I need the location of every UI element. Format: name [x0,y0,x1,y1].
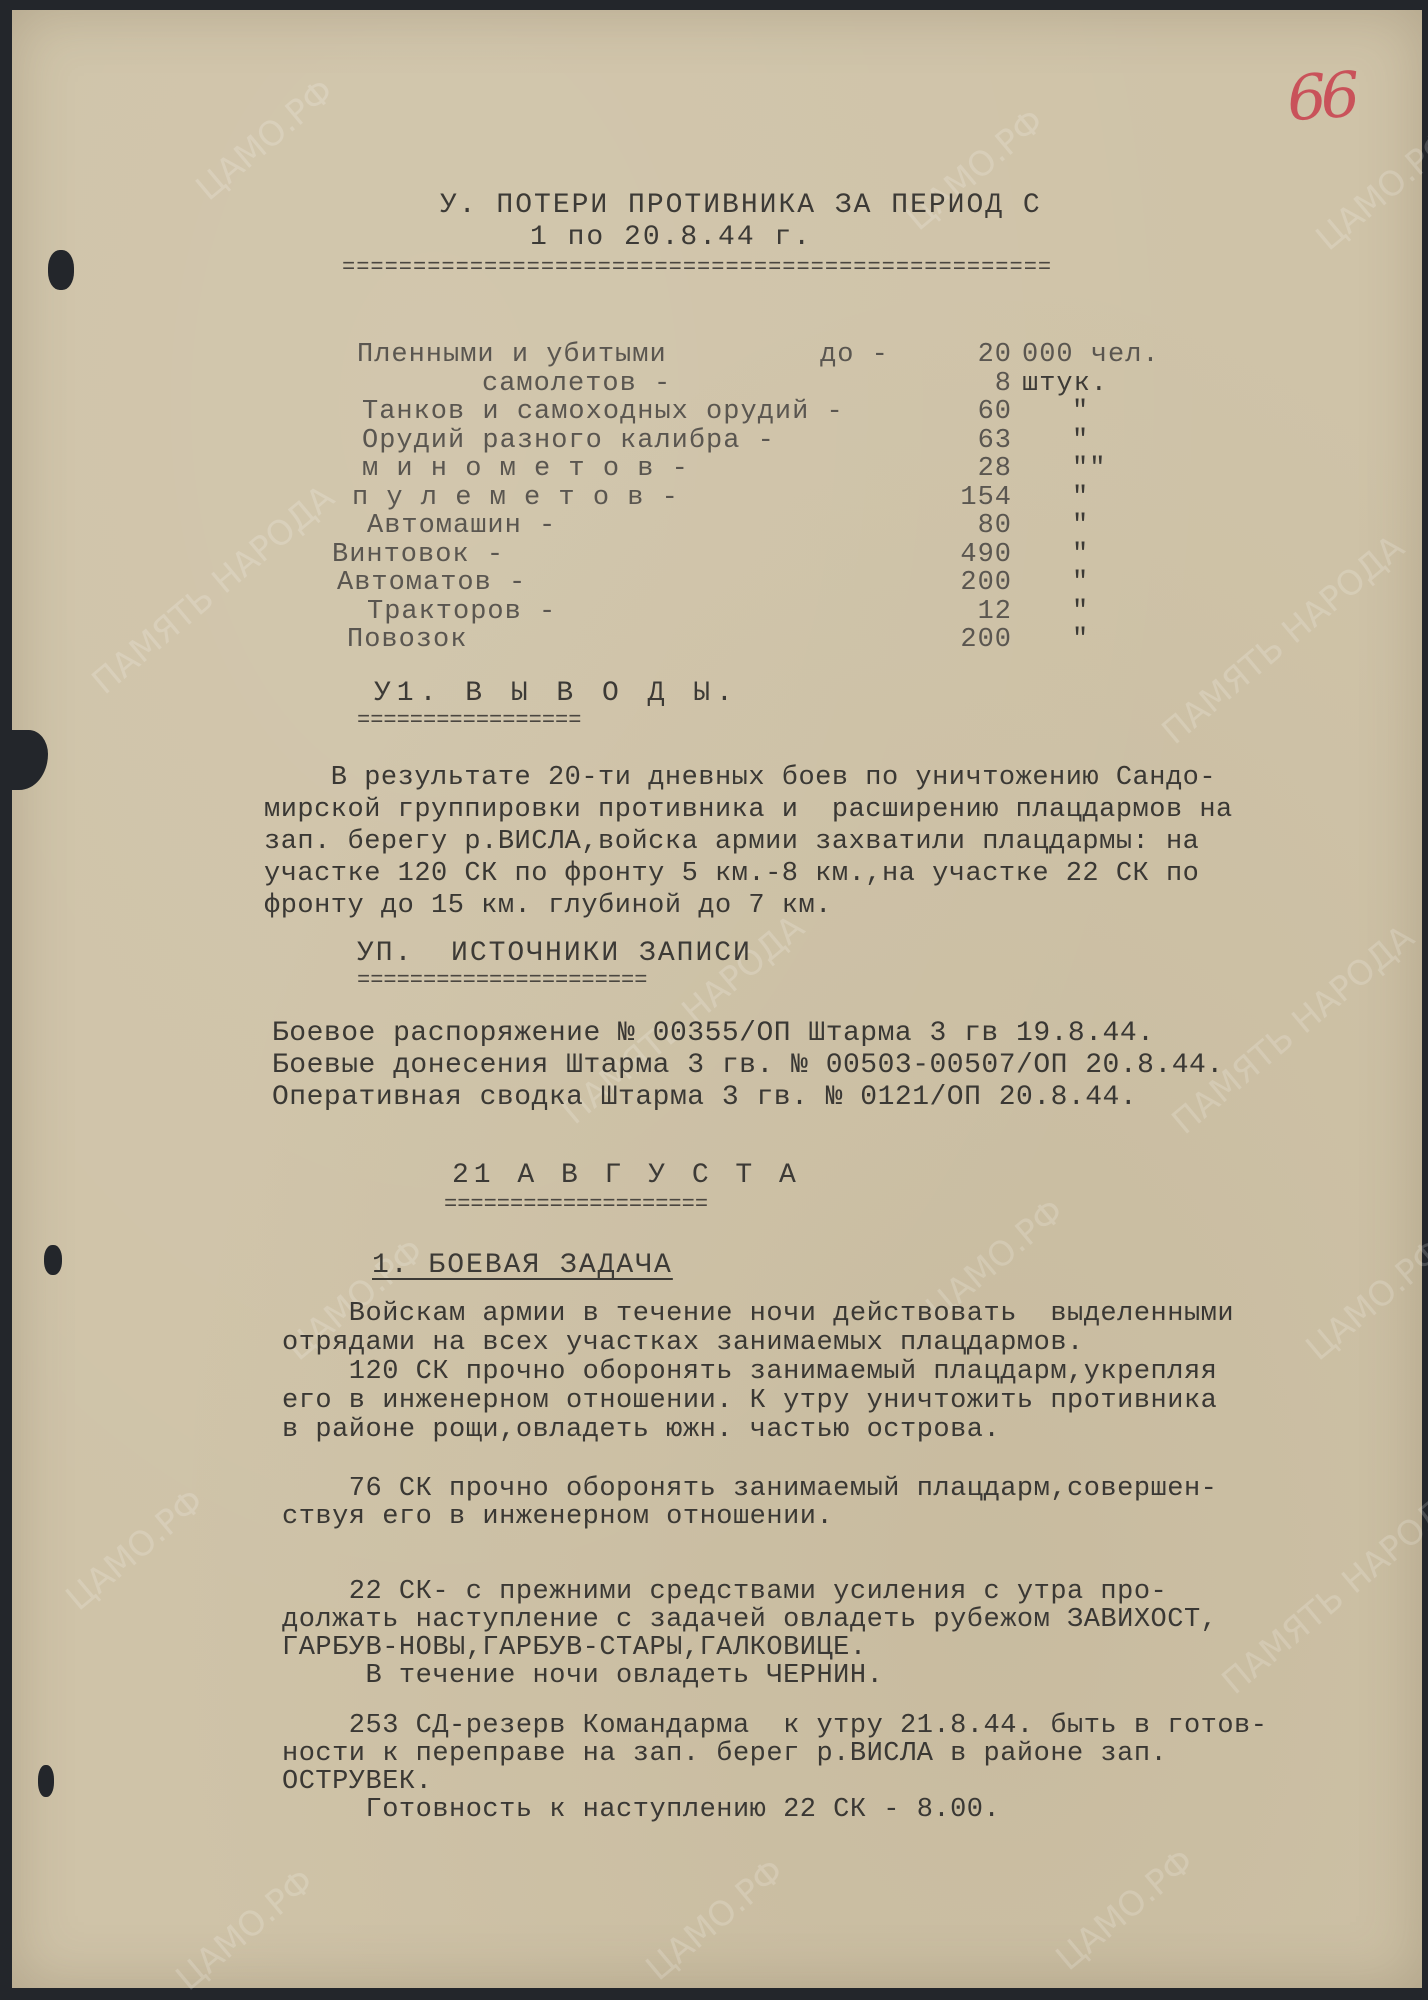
section-7-sources: Боевое распоряжение № 00355/ОП Штарма 3 … [272,1018,1224,1114]
watermark: ПАМЯТЬ НАРОДА [1155,527,1413,752]
watermark: ЦАМО.РФ [1309,121,1428,259]
loss-value: 20 [978,340,1012,370]
watermark: ЦАМО.РФ [169,1861,322,1999]
loss-value-thousands: 000 чел. [1022,340,1160,370]
watermark: ПАМЯТЬ НАРОДА [1215,1477,1428,1702]
loss-unit: " [1072,397,1089,427]
section-5-title-period: 1 по 20.8.44 г. [530,222,812,253]
loss-value: 200 [960,625,1012,655]
loss-value: 200 [960,568,1012,598]
section-5-title: У. ПОТЕРИ ПРОТИВНИКА ЗА ПЕРИОД С [440,190,1042,221]
loss-label: Орудий разного калибра - [362,426,775,456]
loss-value: 490 [960,540,1012,570]
loss-value: 28 [978,454,1012,484]
loss-label: Автомашин - [367,511,556,541]
document-page: ЦАМО.РФ ЦАМО.РФ ЦАМО.РФ ПАМЯТЬ НАРОДА ПА… [12,10,1422,1988]
loss-value: 8 [995,369,1012,399]
loss-qualifier: до - [820,340,889,370]
loss-unit: " [1072,426,1089,456]
loss-value: 80 [978,511,1012,541]
loss-value: 154 [960,483,1012,513]
loss-value: 60 [978,397,1012,427]
combat-task-paragraph: Войскам армии в течение ночи действовать… [282,1300,1234,1445]
loss-value: 63 [978,426,1012,456]
loss-label: Автоматов - [337,568,526,598]
loss-unit: " [1072,597,1089,627]
loss-unit: "" [1072,454,1106,484]
torn-edge [0,730,48,790]
loss-unit: " [1072,568,1089,598]
loss-label: самолетов - [482,369,671,399]
loss-label: м и н о м е т о в - [362,454,689,484]
loss-unit: " [1072,540,1089,570]
page-number: 66 [1285,58,1357,135]
loss-label: Винтовок - [332,540,504,570]
section-7-title: УП. ИСТОЧНИКИ ЗАПИСИ [357,938,752,969]
loss-label: Пленными и убитыми [357,340,667,370]
loss-unit: штук. [1022,369,1108,399]
section-7-rule: ====================== [357,968,647,993]
loss-value: 12 [978,597,1012,627]
section-6-title: У1. В Ы В О Д Ы. [374,678,739,709]
loss-label: Тракторов - [367,597,556,627]
watermark: ПАМЯТЬ НАРОДА [85,477,343,702]
loss-unit: " [1072,483,1089,513]
watermark: ЦАМО.РФ [1049,1841,1202,1979]
combat-task-title: 1. БОЕВАЯ ЗАДАЧА [372,1250,673,1281]
loss-label: Танков и самоходных орудий - [362,397,844,427]
day-title: 21 А В Г У С Т А [452,1160,801,1191]
combat-task-paragraph: 76 СК прочно оборонять занимаемый плацда… [282,1475,1217,1531]
section-6-rule: ================= [357,708,581,733]
watermark: ЦАМО.РФ [639,1851,792,1989]
loss-unit: " [1072,511,1089,541]
combat-task-paragraph: 22 СК- с прежними средствами усиления с … [282,1578,1217,1690]
watermark: ЦАМО.РФ [1299,1231,1428,1369]
loss-label: п у л е м е т о в - [352,483,679,513]
section-5-rule: ========================================… [342,255,1052,280]
punch-hole [48,250,74,290]
day-rule: ==================== [444,1192,708,1217]
punch-hole [38,1765,54,1797]
watermark: ЦАМО.РФ [59,1481,212,1619]
loss-unit: " [1072,625,1089,655]
loss-label: Повозок [347,625,467,655]
combat-task-paragraph: 253 СД-резерв Командарма к утру 21.8.44.… [282,1712,1267,1824]
watermark: ЦАМО.РФ [189,71,342,209]
punch-hole [44,1245,62,1275]
section-6-text: В результате 20-ти дневных боев по уничт… [264,762,1233,922]
